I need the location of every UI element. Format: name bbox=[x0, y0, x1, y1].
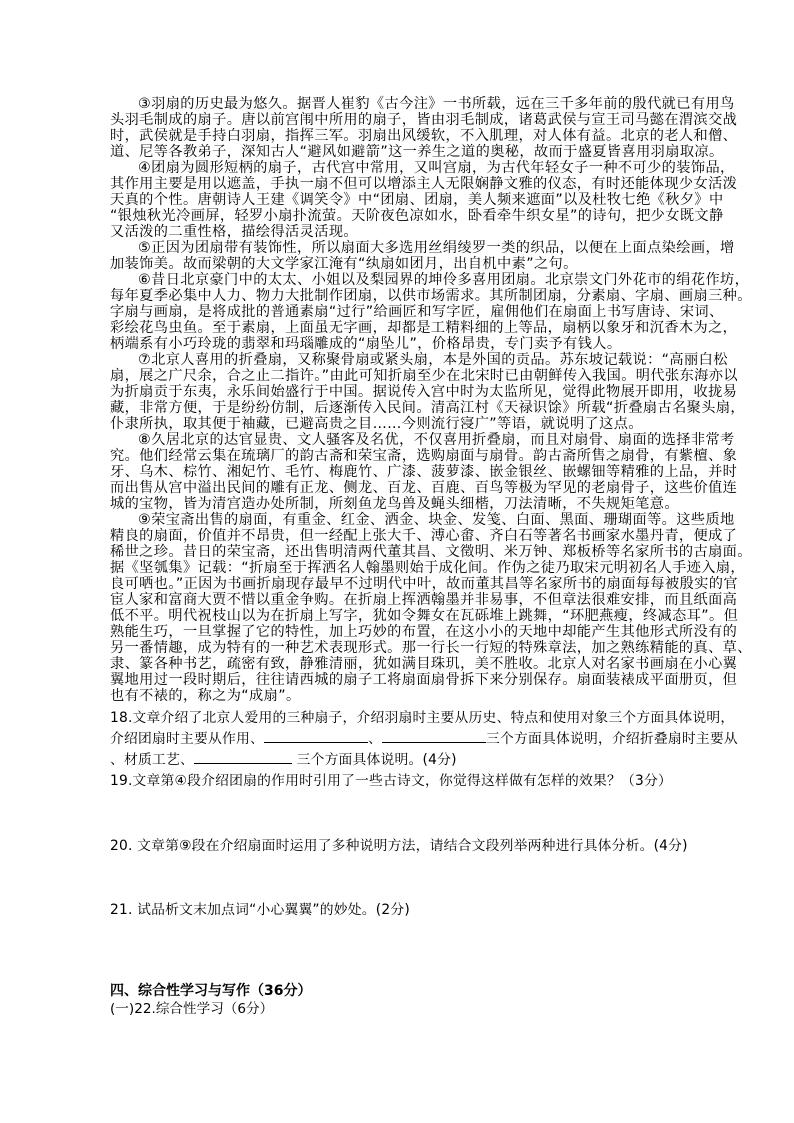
question-21: 21. 试品析文末加点词“小心翼翼”的妙处。(2分) bbox=[110, 901, 410, 919]
question-18-text: 、材质工艺、 bbox=[110, 752, 194, 768]
section-4-title: 四、综合性学习与写作（36分） bbox=[110, 982, 311, 1000]
question-18-text: 介绍团扇时主要从作用、 bbox=[110, 731, 264, 747]
section-4-subtitle: (一)22.综合性学习（6分） bbox=[110, 1000, 273, 1018]
question-20: 20. 文章第⑨段在介绍扇面时运用了多种说明方法，请结合文段列举两种进行具体分析… bbox=[110, 837, 688, 855]
question-18-line-1: 18.文章介绍了北京人爱用的三种扇子，介绍羽扇时主要从历史、特点和使用对象三个方… bbox=[110, 709, 734, 727]
answer-blank-2[interactable] bbox=[382, 730, 486, 743]
question-18-line-2: 介绍团扇时主要从作用、、三个方面具体说明，介绍折叠扇时主要从 bbox=[110, 730, 738, 748]
question-18-separator: 、 bbox=[368, 731, 382, 747]
question-18-line-3: 、材质工艺、 三个方面具体说明。(4分) bbox=[110, 751, 457, 769]
answer-blank-1[interactable] bbox=[264, 730, 368, 743]
question-18-text: 三个方面具体说明。(4分) bbox=[292, 752, 457, 768]
answer-blank-3[interactable] bbox=[194, 751, 292, 764]
question-18-text: 三个方面具体说明，介绍折叠扇时主要从 bbox=[486, 731, 738, 747]
text-line: 也有不裱的，称之为“成扇”。 bbox=[110, 687, 301, 705]
exam-page: ③羽扇的历史最为悠久。据晋人崔豹《古今注》一书所载，远在三千多年前的殷代就已有用… bbox=[0, 0, 794, 1123]
question-19: 19.文章第④段介绍团扇的作用时引用了一些古诗文，你觉得这样做有怎样的效果？（3… bbox=[110, 772, 672, 790]
